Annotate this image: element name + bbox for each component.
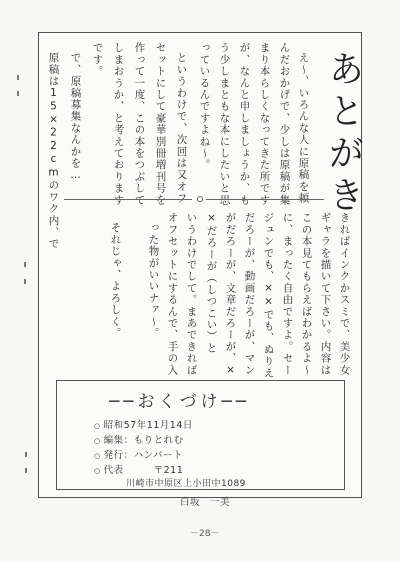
text-column: というわけで、次回は又オフ — [176, 52, 187, 204]
text-column: ギャラを描いて下さい。内容は — [320, 212, 331, 376]
margin-mark — [25, 468, 27, 473]
bullet-icon: ○ — [94, 437, 101, 445]
text-column: きればインクかスミで、美少女 — [339, 212, 350, 376]
text-column: オフセットにするんで、手の入 — [167, 212, 178, 376]
text-column: だろーが、動画だろーが、マン — [244, 212, 255, 376]
text-column: った物がいいナァ～。 — [148, 222, 159, 339]
text-column: っているんですよね～。 — [199, 42, 210, 171]
bullet-icon: ○ — [94, 452, 101, 460]
margin-mark — [24, 262, 26, 267]
margin-mark — [17, 75, 19, 80]
text-column: それじゃ、よろしく。 — [110, 222, 121, 339]
section-divider — [64, 199, 192, 200]
text-column: 作って一度、この本をつぶして — [134, 42, 145, 206]
text-column: う少しまともな本にしたいと思 — [219, 42, 230, 206]
colophon-editor: ○編集：もりとれむ — [94, 432, 184, 446]
representative-label: 代表 — [104, 465, 124, 476]
section-divider — [206, 199, 324, 200]
text-column: に、まったく自由ですよ。セー — [282, 212, 293, 376]
colophon-publisher: ○発行：ハンバート — [94, 447, 183, 461]
colophon-date: ○昭和57年11月14日 — [94, 417, 193, 431]
text-column: 原稿は15×22cmのワク内、で — [48, 52, 59, 250]
text-column: いうわけでして。まあできれば — [186, 212, 197, 376]
bullet-icon: ○ — [94, 422, 101, 430]
text-column: ジュンでも、××でも、ぬりえ — [263, 212, 274, 379]
colophon-representative: ○代表〒211 — [94, 462, 183, 476]
margin-mark — [17, 91, 19, 96]
text-column: セットにして豪華別冊増刊号を — [155, 42, 166, 206]
text-column: んだおかげで、少しは原稿が集 — [279, 42, 290, 206]
text-column: です。 — [92, 42, 103, 77]
publisher-text: 発行：ハンバート — [104, 450, 183, 461]
editor-text: 編集：もりとれむ — [104, 435, 184, 446]
divider-ornament — [197, 196, 203, 202]
text-column: まり本らしくなってきた所です — [259, 42, 270, 206]
postal-code: 〒211 — [154, 465, 184, 476]
bullet-icon: ○ — [94, 467, 101, 475]
margin-mark — [24, 279, 26, 284]
text-column: がだろーが、文章だろーが、× — [225, 212, 236, 377]
text-column: この本見てもらえばわかるよ～ — [301, 212, 312, 376]
margin-mark — [25, 452, 27, 457]
text-column: え～、いろんな人に原稿を頼 — [298, 52, 309, 204]
date-text: 昭和57年11月14日 — [104, 420, 193, 431]
colophon-name: 白坂 一美 — [180, 494, 230, 508]
colophon-address: 川崎市中原区上小田中1089 — [126, 476, 246, 489]
text-column: しまおうか、と考えております — [113, 42, 124, 206]
text-column: が、なんと申しましょうか、も — [239, 42, 250, 206]
colophon-title: ──おくづけ── — [109, 387, 250, 412]
text-column: ×だろーが（しつこい）と — [206, 212, 217, 354]
text-column: で、原稿募集なんかを… — [70, 52, 81, 182]
colophon-box: ──おくづけ── ○昭和57年11月14日 ○編集：もりとれむ ○発行：ハンバー… — [56, 380, 345, 490]
page-title: あとがき — [318, 50, 369, 218]
page-number: －28－ — [190, 526, 219, 539]
